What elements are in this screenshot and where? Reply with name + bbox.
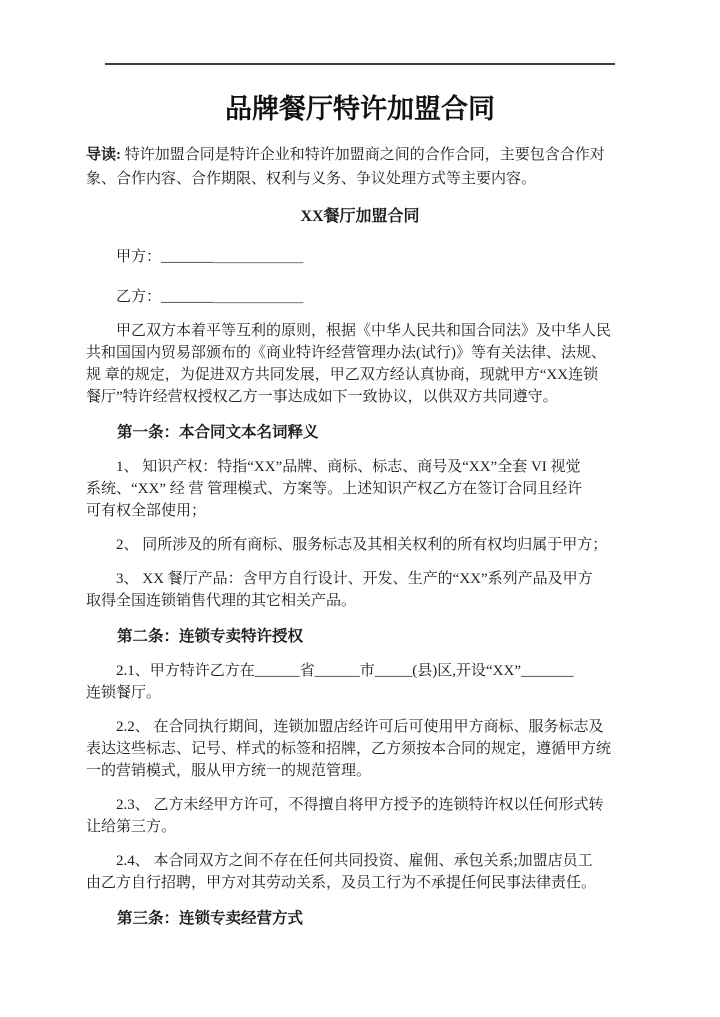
article-1-clause-3: 3、 XX 餐厅产品：含甲方自行设计、开发、生产的“XX”系列产品及甲方 取得全… (86, 568, 634, 612)
intro-text: 特许加盟合同是特许企业和特许加盟商之间的合作合同，主要包含合作对 象、合作内容、… (86, 147, 605, 187)
document-title: 品牌餐厅特许加盟合同 (86, 91, 634, 127)
article-2-clause-4: 2.4、 本合同双方之间不存在任何共同投资、雇佣、承包关系;加盟店员工 由乙方自… (86, 850, 634, 894)
party-a-line: 甲方：_______＿＿＿＿＿＿ (86, 246, 634, 268)
contract-document: 品牌餐厅特许加盟合同 导读: 特许加盟合同是特许企业和特许加盟商之间的合作合同，… (0, 0, 720, 1017)
party-b-line: 乙方：_______＿＿＿＿＿＿ (86, 286, 634, 308)
article-2-heading: 第二条：连锁专卖特许授权 (86, 626, 634, 648)
article-1-clause-1: 1、 知识产权：特指“XX”品牌、商标、标志、商号及“XX”全套 VI 视觉 系… (86, 456, 634, 522)
article-2-clause-2: 2.2、 在合同执行期间，连锁加盟店经许可后可使用甲方商标、服务标志及 表达这些… (86, 716, 634, 782)
contract-subtitle: XX餐厅加盟合同 (86, 206, 634, 228)
article-2-clause-3: 2.3、 乙方未经甲方许可，不得擅自将甲方授予的连锁特许权以任何形式转 让给第三… (86, 794, 634, 838)
article-2-clause-1: 2.1、甲方特许乙方在______省______市_____(县)区,开设“XX… (86, 660, 634, 704)
article-1-clause-2: 2、 同所涉及的所有商标、服务标志及其相关权利的所有权均归属于甲方； (86, 534, 634, 556)
article-1-heading: 第一条：本合同文本名词释义 (86, 422, 634, 444)
document-body: 品牌餐厅特许加盟合同 导读: 特许加盟合同是特许企业和特许加盟商之间的合作合同，… (0, 63, 720, 930)
intro-paragraph: 导读: 特许加盟合同是特许企业和特许加盟商之间的合作合同，主要包含合作对 象、合… (86, 143, 634, 191)
intro-label: 导读: (86, 147, 121, 163)
preamble-paragraph: 甲乙双方本着平等互利的原则，根据《中华人民共和国合同法》及中华人民 共和国国内贸… (86, 320, 634, 408)
article-3-heading: 第三条：连锁专卖经营方式 (86, 908, 634, 930)
